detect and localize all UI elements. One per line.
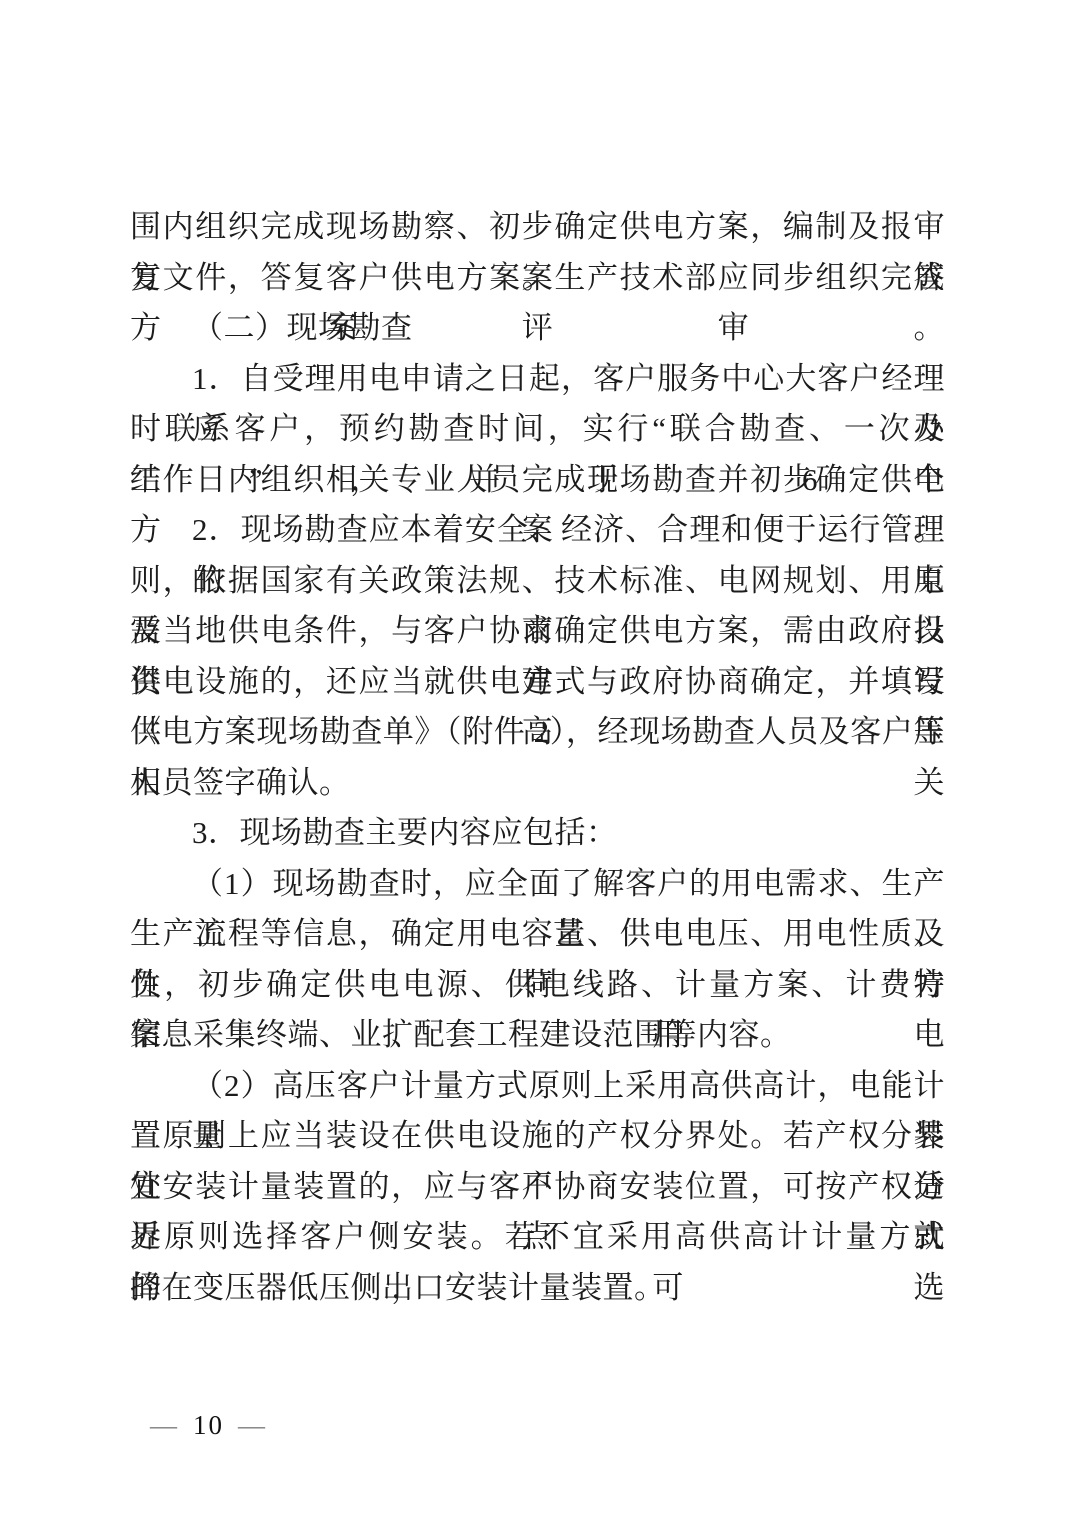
page-footer: —10— xyxy=(142,1405,275,1445)
page-number: 10 xyxy=(187,1410,230,1440)
text-line: 1．自受理用电申请之日起，客户服务中心大客户经理应及 xyxy=(130,354,945,405)
text-line: （2）高压客户计量方式原则上采用高供高计，电能计量装 xyxy=(130,1061,945,1112)
text-line: 性，初步确定供电电源、供电线路、计量方案、计费方案、用电 xyxy=(130,960,945,1011)
text-line: 工作日内组织相关专业人员完成现场勘查并初步确定供电方案。 xyxy=(130,455,945,506)
footer-dash-left: — xyxy=(142,1410,187,1440)
text-line: 宜安装计量装置的，应与客户协商安装位置，可按产权分界点就 xyxy=(130,1162,945,1213)
text-line: （1）现场勘查时，应全面了解客户的用电需求、生产工艺、 xyxy=(130,859,945,910)
text-line: 供电方案现场勘查单》（附件 2），经现场勘查人员及客户等相关 xyxy=(130,707,945,758)
text-line: 3．现场勘查主要内容应包括： xyxy=(130,808,945,859)
text-line: 复文件，答复客户供电方案。生产技术部应同步组织完成方案评审。 xyxy=(130,253,945,304)
text-line: 2．现场勘查应本着安全、经济、合理和便于运行管理的原 xyxy=(130,505,945,556)
text-line: 生产流程等信息，确定用电容量、供电电压、用电性质及负荷特 xyxy=(130,909,945,960)
text-line: 时联系客户，预约勘查时间，实行“联合勘查、一次办结”，并于 6 个 xyxy=(130,404,945,455)
document-body: 围内组织完成现场勘察、初步确定供电方案，编制及报审方案答 复文件，答复客户供电方… xyxy=(130,202,945,1313)
text-line: 则，依据国家有关政策法规、技术标准、电网规划、用电需求以 xyxy=(130,556,945,607)
text-line: 及当地供电条件，与客户协商确定供电方案，需由政府投资建设 xyxy=(130,606,945,657)
text-line: 供电设施的，还应当就供电方式与政府协商确定，并填写《高压 xyxy=(130,657,945,708)
text-line: 置原则上应当装设在供电设施的产权分界处。若产权分界处不适 xyxy=(130,1111,945,1162)
text-line: 近原则选择客户侧安装。若不宜采用高供高计计量方式的，可选 xyxy=(130,1212,945,1263)
document-page: 围内组织完成现场勘察、初步确定供电方案，编制及报审方案答 复文件，答复客户供电方… xyxy=(0,0,1074,1520)
text-line: 围内组织完成现场勘察、初步确定供电方案，编制及报审方案答 xyxy=(130,202,945,253)
footer-dash-right: — xyxy=(230,1410,275,1440)
